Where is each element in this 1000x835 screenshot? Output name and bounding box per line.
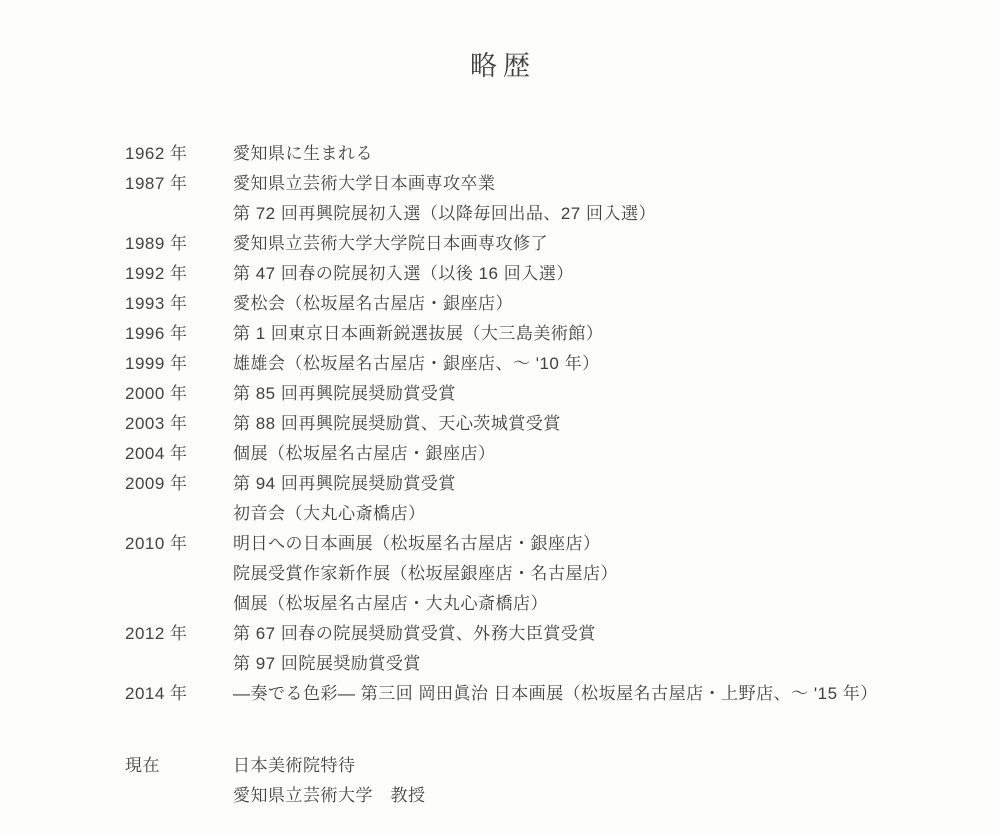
event-text: 第 72 回再興院展初入選（以降毎回出品、27 回入選） bbox=[233, 199, 1000, 229]
timeline-row: 第 97 回院展奨励賞受賞 bbox=[125, 649, 1000, 679]
timeline-row: 2010 年明日への日本画展（松坂屋名古屋店・銀座店） bbox=[125, 529, 1000, 559]
current-status-row: 愛知県立芸術大学 教授 bbox=[125, 781, 1000, 811]
biography-timeline: 1962 年愛知県に生まれる1987 年愛知県立芸術大学日本画専攻卒業第 72 … bbox=[125, 139, 1000, 709]
year-label: 2012 年 bbox=[125, 619, 233, 649]
year-label: 1962 年 bbox=[125, 139, 233, 169]
year-label: 2004 年 bbox=[125, 439, 233, 469]
timeline-row: 2004 年個展（松坂屋名古屋店・銀座店） bbox=[125, 439, 1000, 469]
timeline-row: 第 72 回再興院展初入選（以降毎回出品、27 回入選） bbox=[125, 199, 1000, 229]
timeline-row: 2009 年第 94 回再興院展奨励賞受賞 bbox=[125, 469, 1000, 499]
timeline-row: 1989 年愛知県立芸術大学大学院日本画専攻修了 bbox=[125, 229, 1000, 259]
event-text: 愛知県に生まれる bbox=[233, 139, 1000, 169]
year-label: 現在 bbox=[125, 751, 233, 781]
event-text: 明日への日本画展（松坂屋名古屋店・銀座店） bbox=[233, 529, 1000, 559]
timeline-row: 1999 年雄雄会（松坂屋名古屋店・銀座店、～ '10 年） bbox=[125, 349, 1000, 379]
year-label: 1992 年 bbox=[125, 259, 233, 289]
event-text: 第 47 回春の院展初入選（以後 16 回入選） bbox=[233, 259, 1000, 289]
event-text: 個展（松坂屋名古屋店・銀座店） bbox=[233, 439, 1000, 469]
timeline-row: 個展（松坂屋名古屋店・大丸心斎橋店） bbox=[125, 589, 1000, 619]
timeline-row: 1962 年愛知県に生まれる bbox=[125, 139, 1000, 169]
event-text: 日本美術院特待 bbox=[233, 751, 1000, 781]
year-label: 2003 年 bbox=[125, 409, 233, 439]
current-status-row: 現在日本美術院特待 bbox=[125, 751, 1000, 781]
timeline-row: 1987 年愛知県立芸術大学日本画専攻卒業 bbox=[125, 169, 1000, 199]
event-text: 第 97 回院展奨励賞受賞 bbox=[233, 649, 1000, 679]
timeline-row: 2014 年―奏でる色彩― 第三回 岡田眞治 日本画展（松坂屋名古屋店・上野店、… bbox=[125, 679, 1000, 709]
event-text: 雄雄会（松坂屋名古屋店・銀座店、～ '10 年） bbox=[233, 349, 1000, 379]
page-title: 略歴 bbox=[0, 0, 1000, 83]
timeline-row: 1993 年愛松会（松坂屋名古屋店・銀座店） bbox=[125, 289, 1000, 319]
current-status-section: 現在日本美術院特待愛知県立芸術大学 教授 bbox=[125, 751, 1000, 811]
year-label: 1989 年 bbox=[125, 229, 233, 259]
event-text: 愛知県立芸術大学日本画専攻卒業 bbox=[233, 169, 1000, 199]
event-text: 愛知県立芸術大学 教授 bbox=[233, 781, 1000, 811]
year-label: 1999 年 bbox=[125, 349, 233, 379]
timeline-row: 1992 年第 47 回春の院展初入選（以後 16 回入選） bbox=[125, 259, 1000, 289]
event-text: 第 67 回春の院展奨励賞受賞、外務大臣賞受賞 bbox=[233, 619, 1000, 649]
timeline-row: 2012 年第 67 回春の院展奨励賞受賞、外務大臣賞受賞 bbox=[125, 619, 1000, 649]
event-text: 第 1 回東京日本画新鋭選抜展（大三島美術館） bbox=[233, 319, 1000, 349]
timeline-row: 2000 年第 85 回再興院展奨励賞受賞 bbox=[125, 379, 1000, 409]
event-text: 第 88 回再興院展奨励賞、天心茨城賞受賞 bbox=[233, 409, 1000, 439]
year-label: 2009 年 bbox=[125, 469, 233, 499]
year-label: 1996 年 bbox=[125, 319, 233, 349]
event-text: 愛松会（松坂屋名古屋店・銀座店） bbox=[233, 289, 1000, 319]
event-text: ―奏でる色彩― 第三回 岡田眞治 日本画展（松坂屋名古屋店・上野店、～ '15 … bbox=[233, 679, 1000, 709]
timeline-row: 初音会（大丸心斎橋店） bbox=[125, 499, 1000, 529]
timeline-row: 2003 年第 88 回再興院展奨励賞、天心茨城賞受賞 bbox=[125, 409, 1000, 439]
event-text: 初音会（大丸心斎橋店） bbox=[233, 499, 1000, 529]
year-label: 1987 年 bbox=[125, 169, 233, 199]
event-text: 愛知県立芸術大学大学院日本画専攻修了 bbox=[233, 229, 1000, 259]
timeline-row: 院展受賞作家新作展（松坂屋銀座店・名古屋店） bbox=[125, 559, 1000, 589]
year-label: 2010 年 bbox=[125, 529, 233, 559]
event-text: 第 94 回再興院展奨励賞受賞 bbox=[233, 469, 1000, 499]
timeline-row: 1996 年第 1 回東京日本画新鋭選抜展（大三島美術館） bbox=[125, 319, 1000, 349]
year-label: 2000 年 bbox=[125, 379, 233, 409]
year-label: 2014 年 bbox=[125, 679, 233, 709]
year-label: 1993 年 bbox=[125, 289, 233, 319]
event-text: 院展受賞作家新作展（松坂屋銀座店・名古屋店） bbox=[233, 559, 1000, 589]
event-text: 第 85 回再興院展奨励賞受賞 bbox=[233, 379, 1000, 409]
event-text: 個展（松坂屋名古屋店・大丸心斎橋店） bbox=[233, 589, 1000, 619]
document-page: 略歴 1962 年愛知県に生まれる1987 年愛知県立芸術大学日本画専攻卒業第 … bbox=[0, 0, 1000, 835]
